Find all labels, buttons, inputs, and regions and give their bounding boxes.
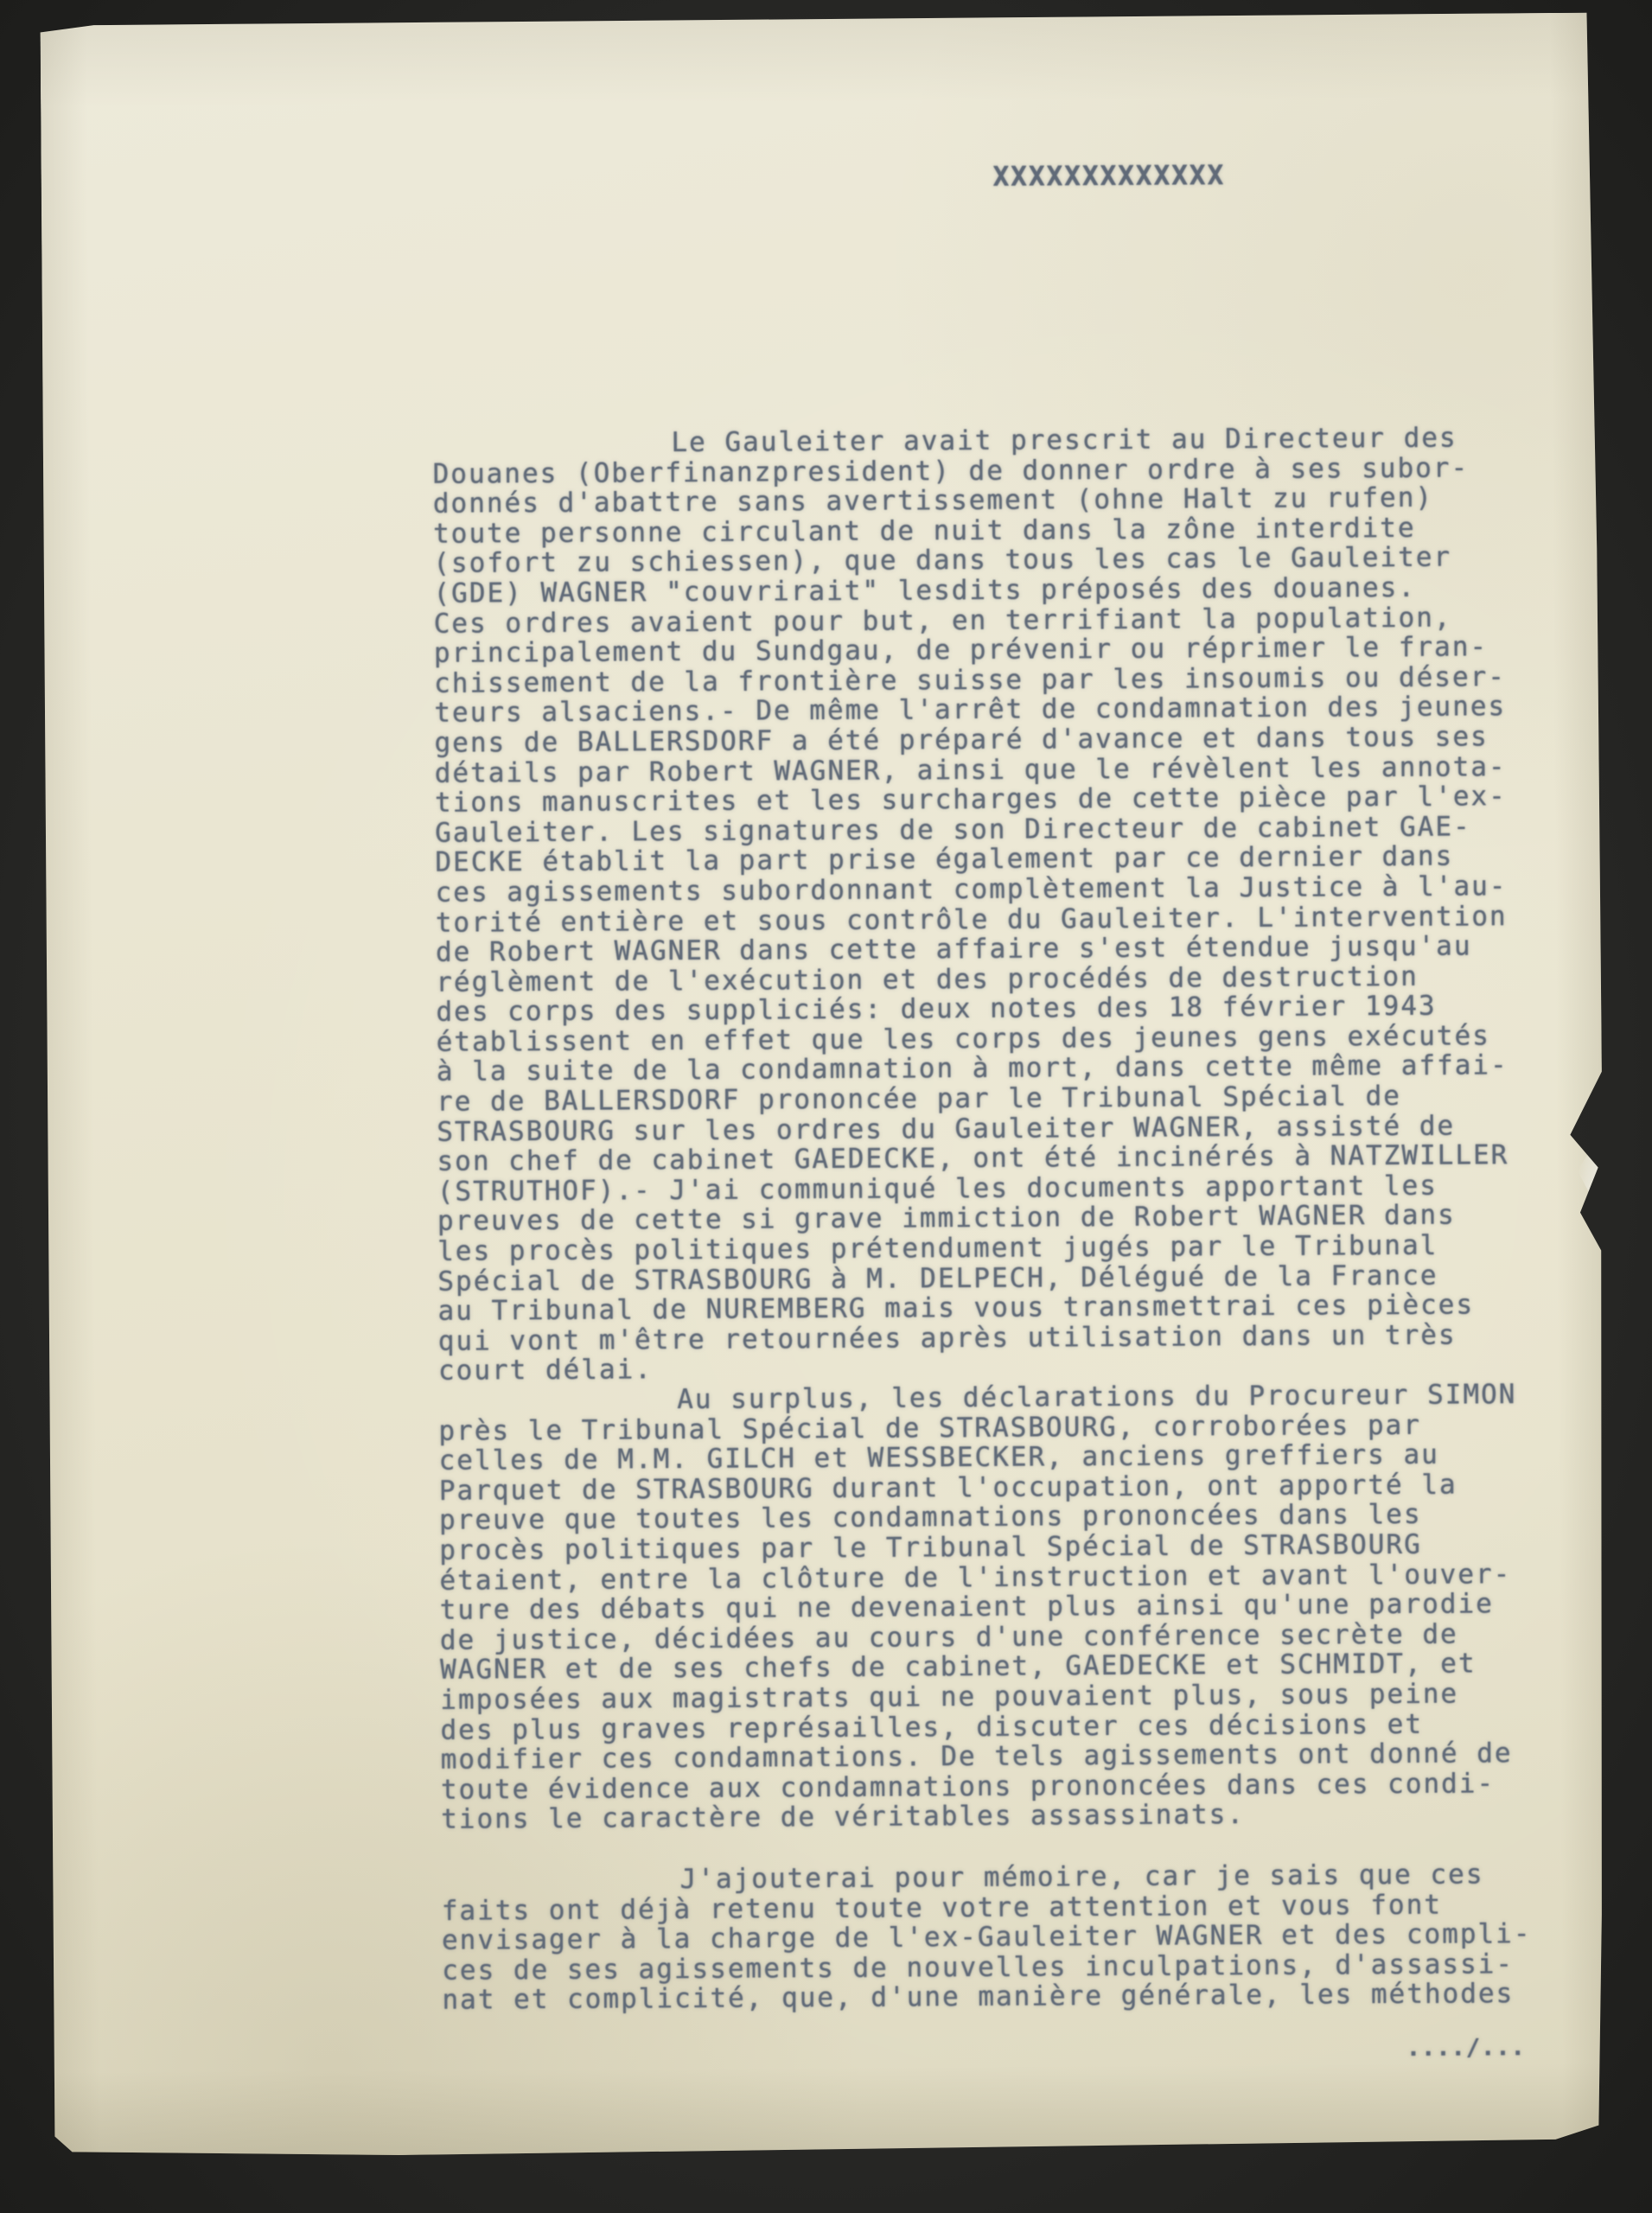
document-page: XXXXXXXXXXXXX Le Gauleiter avait prescri… [40,13,1609,2158]
document-body: Le Gauleiter avait prescrit au Directeur… [432,423,1548,2016]
continuation-mark: ..../... [1406,2034,1526,2062]
torn-edge [1570,1127,1605,1222]
typed-header-marks: XXXXXXXXXXXXX [992,160,1225,193]
paragraph-gauleiter-orders: Le Gauleiter avait prescrit au Directeur… [432,423,1545,1387]
paragraph-j-ajouterai: J'ajouterai pour mémoire, car je sais qu… [442,1859,1549,2016]
paragraph-au-surplus: Au surplus, les déclarations du Procureu… [438,1380,1547,1835]
